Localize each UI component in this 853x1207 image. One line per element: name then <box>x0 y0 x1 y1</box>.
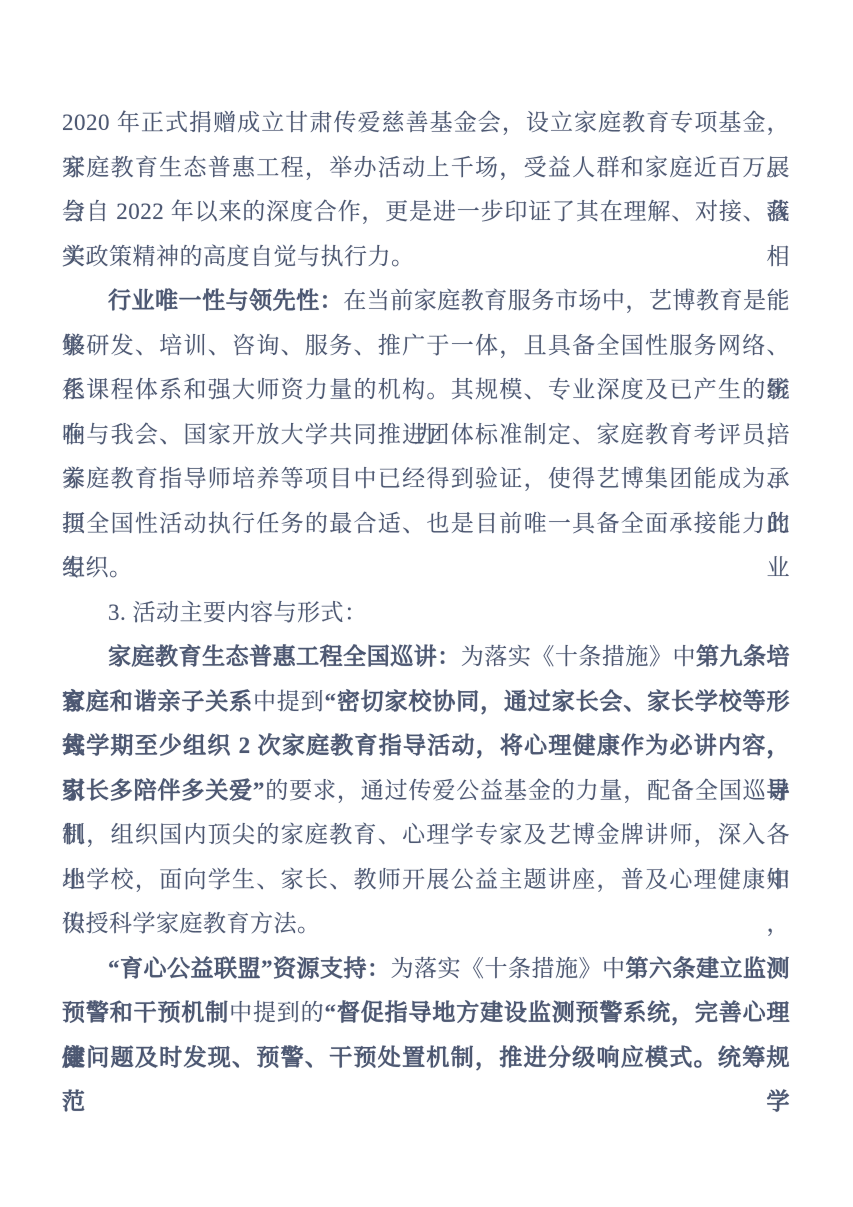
text-line: 家庭教育生态普惠工程全国巡讲：为落实《十条措施》中第九条培育 <box>62 635 790 680</box>
text-line: 制，组织国内顶尖的家庭教育、心理学专家及艺博金牌讲师，深入各地中 <box>62 813 790 858</box>
text-line: “育心公益联盟”资源支持：为落实《十条措施》中第六条建立监测 <box>62 947 790 992</box>
text-line: 集研发、培训、咨询、服务、推广于一体，且具备全国性服务网络、系统 <box>62 324 790 369</box>
bold-text-run: 家长多陪伴多关爱” <box>62 778 265 803</box>
text-line: 预警和干预机制中提到的“督促指导地方建设监测预警系统，完善心理健 <box>62 991 790 1036</box>
bold-text-run: 康问题及时发现、预警、干预处置机制，推进分级响应模式。统筹规范学 <box>62 1045 790 1115</box>
bold-text-run: “育心公益联盟”资源支持： <box>108 956 391 981</box>
text-run: 项全国性活动执行任务的最合适、也是目前唯一具备全面承接能力的专业 <box>62 511 790 581</box>
text-line: 家庭教育生态普惠工程，举办活动上千场，受益人群和家庭近百万。与我 <box>62 146 790 191</box>
text-run: 3. 活动主要内容与形式： <box>108 600 368 625</box>
text-run: 为落实《十条措施》中 <box>391 956 626 981</box>
text-line: 家庭教育指导师培养等项目中已经得到验证，使得艺博集团能成为承担此 <box>62 457 790 502</box>
text-run: 关政策精神的高度自觉与执行力。 <box>62 244 415 269</box>
document-page: 2020 年正式捐赠成立甘肃传爱慈善基金会，设立家庭教育专项基金，开展家庭教育生… <box>0 0 853 1207</box>
bold-text-run: 第六条建立监测 <box>626 956 791 981</box>
bold-text-run: 家庭和谐亲子关系 <box>62 689 253 714</box>
text-line: 项全国性活动执行任务的最合适、也是目前唯一具备全面承接能力的专业 <box>62 502 790 547</box>
text-line: 3. 活动主要内容与形式： <box>62 591 790 636</box>
text-line: 在与我会、国家开放大学共同推进团体标准制定、家庭教育考评员培养、 <box>62 413 790 458</box>
text-run: 组织。 <box>62 555 133 580</box>
text-line: 行业唯一性与领先性：在当前家庭教育服务市场中，艺博教育是能够 <box>62 279 790 324</box>
document-body: 2020 年正式捐赠成立甘肃传爱慈善基金会，设立家庭教育专项基金，开展家庭教育生… <box>0 0 853 1080</box>
bold-text-run: 行业唯一性与领先性： <box>108 288 343 313</box>
text-line: 小学校，面向学生、家长、教师开展公益主题讲座，普及心理健康知识， <box>62 858 790 903</box>
text-line: 会自 2022 年以来的深度合作，更是进一步印证了其在理解、对接、落实相 <box>62 190 790 235</box>
text-line: 每学期至少组织 2 次家庭教育指导活动，将心理健康作为必讲内容，引导 <box>62 724 790 769</box>
text-line: 家长多陪伴多关爱”的要求，通过传爱公益基金的力量，配备全国巡讲机 <box>62 769 790 814</box>
text-run: 为落实《十条措施》中 <box>461 644 696 669</box>
bold-text-run: 预警和干预机制 <box>62 1000 229 1025</box>
text-line: 家庭和谐亲子关系中提到“密切家校协同，通过家长会、家长学校等形式， <box>62 680 790 725</box>
text-run: 中提到 <box>253 689 325 714</box>
bold-text-run: 家庭教育生态普惠工程全国巡讲： <box>108 644 461 669</box>
text-run: 传授科学家庭教育方法。 <box>62 911 321 936</box>
text-run: 中提到的 <box>229 1000 324 1025</box>
text-line: 2020 年正式捐赠成立甘肃传爱慈善基金会，设立家庭教育专项基金，开展 <box>62 101 790 146</box>
text-line: 康问题及时发现、预警、干预处置机制，推进分级响应模式。统筹规范学 <box>62 1036 790 1081</box>
text-line: 化课程体系和强大师资力量的机构。其规模、专业深度及已产生的影响力， <box>62 368 790 413</box>
